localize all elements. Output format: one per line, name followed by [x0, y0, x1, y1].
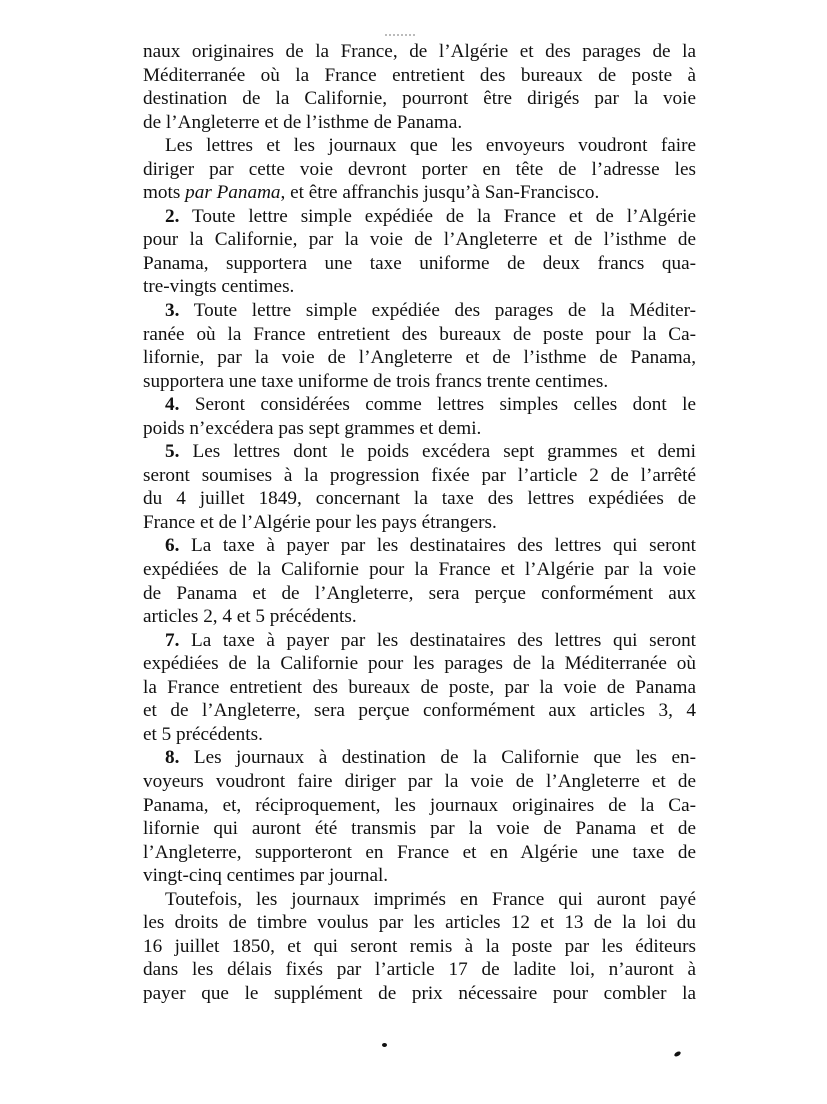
scan-artifact-top	[385, 34, 415, 38]
scan-speck	[673, 1051, 681, 1058]
text-line: et 5 précédents.	[143, 723, 696, 747]
text-line: supportera une taxe uniforme de trois fr…	[143, 370, 696, 394]
text-line: vingt-cinq centimes par journal.	[143, 864, 696, 888]
article-number: 4.	[165, 394, 179, 415]
scan-speck	[382, 1043, 387, 1047]
text-line: Panama, supportera une taxe uniforme de …	[143, 252, 696, 276]
text-line: Méditerranée où la France entretient des…	[143, 64, 696, 88]
text-line: France et de l’Algérie pour les pays étr…	[143, 511, 696, 535]
text-line: de l’Angleterre et de l’isthme de Panama…	[143, 111, 696, 135]
text-line: Panama, et, réciproquement, les journaux…	[143, 794, 696, 818]
text-line: expédiées de la Californie pour les para…	[143, 652, 696, 676]
text-line: 3. Toute lettre simple expédiée des para…	[143, 299, 696, 323]
text-line: lifornie qui auront été transmis par la …	[143, 817, 696, 841]
text-line: 6. La taxe à payer par les destinataires…	[143, 534, 696, 558]
text-line: 2. Toute lettre simple expédiée de la Fr…	[143, 205, 696, 229]
text-line: la France entretient des bureaux de post…	[143, 676, 696, 700]
text-line: destination de la Californie, pourront ê…	[143, 87, 696, 111]
text-line: Les lettres et les journaux que les envo…	[143, 134, 696, 158]
article-number: 6.	[165, 535, 179, 556]
text-line: tre-vingts centimes.	[143, 275, 696, 299]
text-line: expédiées de la Californie pour la Franc…	[143, 558, 696, 582]
text-line: de Panama et de l’Angleterre, sera perçu…	[143, 582, 696, 606]
article-number: 3.	[165, 300, 179, 321]
article-number: 8.	[165, 747, 179, 768]
text-line: articles 2, 4 et 5 précédents.	[143, 605, 696, 629]
text-line: l’Angleterre, supporteront en France et …	[143, 841, 696, 865]
text-line: 8. Les journaux à destination de la Cali…	[143, 746, 696, 770]
text-line: 7. La taxe à payer par les destinataires…	[143, 629, 696, 653]
text-line: Toutefois, les journaux imprimés en Fran…	[143, 888, 696, 912]
text-line: naux originaires de la France, de l’Algé…	[143, 40, 696, 64]
text-line: ranée où la France entretient des bureau…	[143, 323, 696, 347]
text-line: pour la Californie, par la voie de l’Ang…	[143, 228, 696, 252]
text-line: les droits de timbre voulus par les arti…	[143, 911, 696, 935]
text-line: voyeurs voudront faire diriger par la vo…	[143, 770, 696, 794]
document-page: naux originaires de la France, de l’Algé…	[143, 40, 696, 1005]
text-line: dans les délais fixés par l’article 17 d…	[143, 958, 696, 982]
text-line: mots par Panama, et être affranchis jusq…	[143, 181, 696, 205]
text-line: payer que le supplément de prix nécessai…	[143, 982, 696, 1006]
article-number: 5.	[165, 441, 179, 462]
text-line: et de l’Angleterre, sera perçue conformé…	[143, 699, 696, 723]
text-line: poids n’excédera pas sept grammes et dem…	[143, 417, 696, 441]
text-line: seront soumises à la progression fixée p…	[143, 464, 696, 488]
italic-phrase: par Panama	[185, 182, 280, 203]
text-line: lifornie, par la voie de l’Angleterre et…	[143, 346, 696, 370]
article-number: 2.	[165, 206, 179, 227]
article-number: 7.	[165, 630, 179, 651]
text-line: du 4 juillet 1849, concernant la taxe de…	[143, 487, 696, 511]
text-line: diriger par cette voie devront porter en…	[143, 158, 696, 182]
text-line: 16 juillet 1850, et qui seront remis à l…	[143, 935, 696, 959]
text-line: 5. Les lettres dont le poids excédera se…	[143, 440, 696, 464]
text-line: 4. Seront considérées comme lettres simp…	[143, 393, 696, 417]
